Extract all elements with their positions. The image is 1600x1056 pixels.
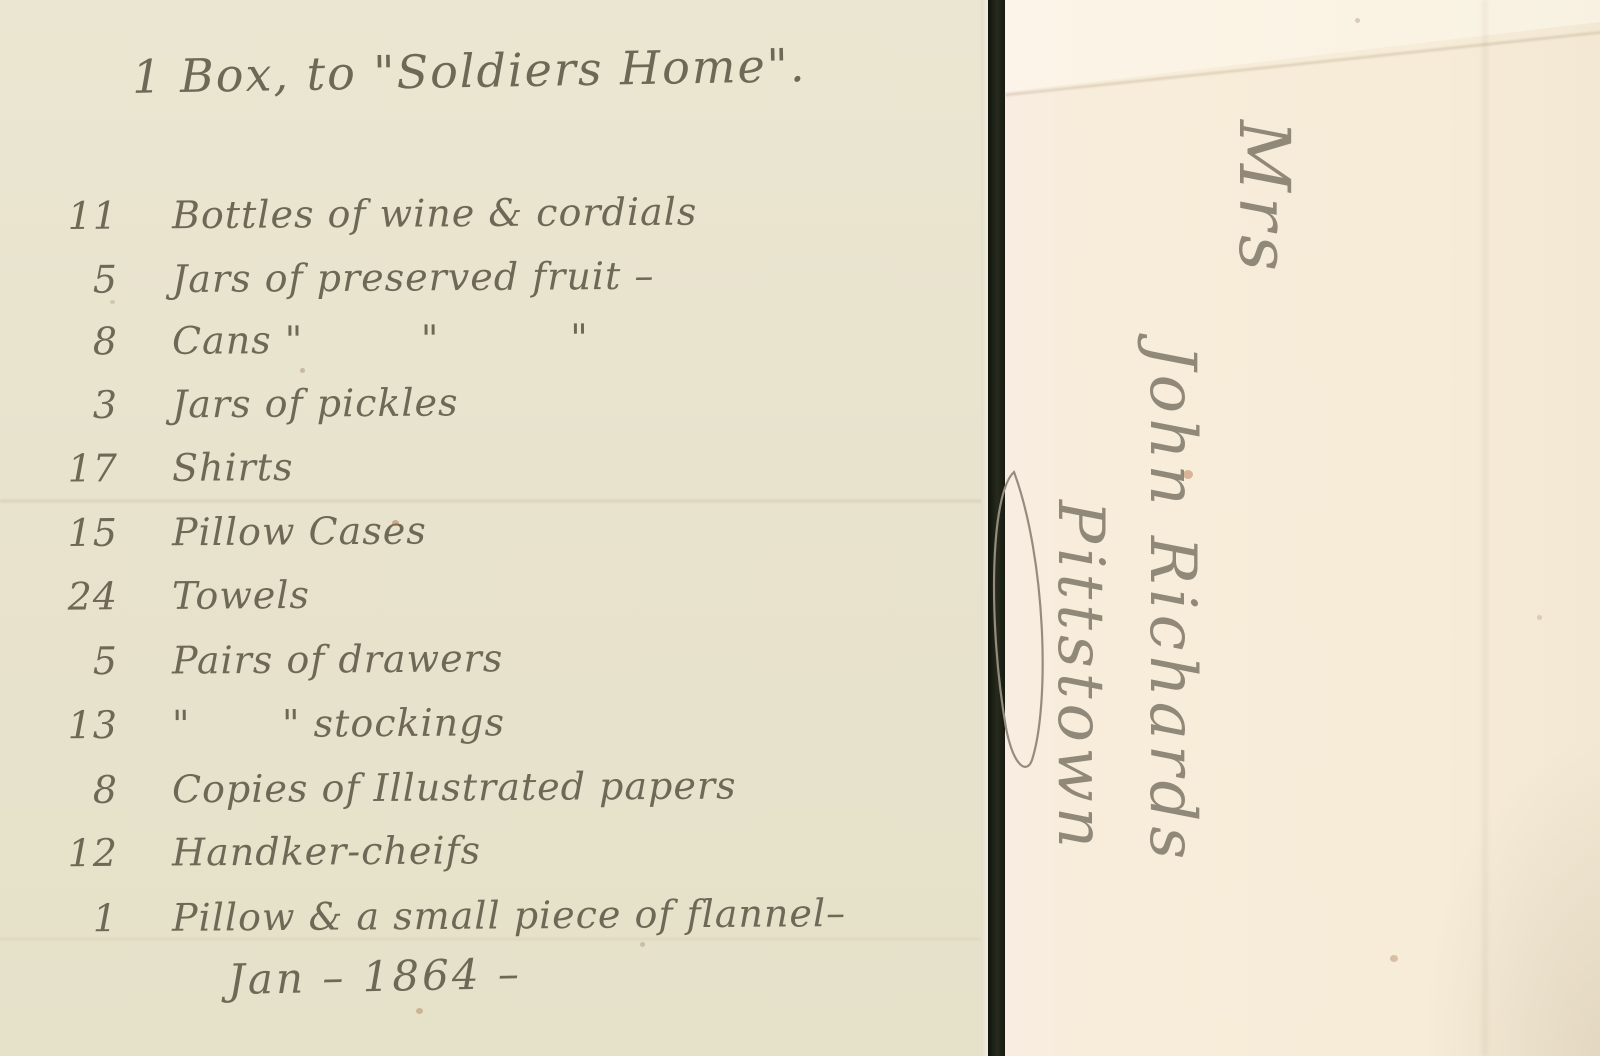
item-quantity: 15 [0,511,118,556]
item-quantity: 11 [0,194,118,239]
list-item: 13 " " stockings [0,700,505,748]
list-item: 8 Copies of Illustrated papers [0,763,737,812]
list-item: 17 Shirts [0,445,294,491]
item-label: Jars of pickles [172,380,459,426]
list-item: 8 Cans " " " [0,316,589,364]
item-label: Shirts [172,445,294,490]
item-quantity: 5 [0,257,118,302]
pen-flourish [980,464,1052,784]
item-quantity: 1 [0,896,118,941]
list-item: 3 Jars of pickles [0,380,459,427]
list-item: 1 Pillow & a small piece of flannel– [0,891,846,941]
foxing-spot [640,942,645,947]
list-item: 5 Pairs of drawers [0,636,503,684]
item-label: Pairs of drawers [172,636,504,682]
item-quantity: 12 [0,831,118,876]
foxing-spot [1390,955,1398,962]
item-quantity: 8 [0,319,118,364]
list-item: 12 Handker-cheifs [0,828,481,875]
address-line-mrs: Mrs [1218,92,1310,1012]
item-quantity: 17 [0,446,118,491]
document-title: 1 Box, to "Soldiers Home". [132,38,807,104]
foxing-spot [1183,470,1193,479]
list-page-paper: 1 Box, to "Soldiers Home". 11 Bottles of… [0,0,988,1056]
foxing-spot [110,300,115,304]
list-item: 11 Bottles of wine & cordials [0,190,697,239]
foxing-spot [1355,18,1360,23]
item-label: Jars of preserved fruit – [172,254,655,301]
item-label: Towels [172,573,310,618]
foxing-spot [416,1008,423,1014]
foxing-spot [300,368,305,373]
item-quantity: 5 [0,639,118,684]
address-line-name: John Richards [1126,92,1218,1012]
list-item: 5 Jars of preserved fruit – [0,254,655,303]
list-item: 15 Pillow Cases [0,509,427,556]
corner-shading [1420,736,1600,1056]
foxing-spot [1537,615,1542,620]
address-page-paper: Mrs John Richards Pittstown [1005,0,1600,1056]
rotated-address-block: Mrs John Richards Pittstown [1010,92,1310,1012]
item-label: " " stockings [172,700,505,746]
item-label: Bottles of wine & cordials [172,190,698,238]
list-item: 24 Towels [0,573,310,619]
item-quantity: 13 [0,703,118,748]
item-quantity: 24 [0,574,118,619]
item-label: Pillow & a small piece of flannel– [172,891,846,940]
item-label: Cans " " " [172,316,589,363]
item-quantity: 3 [0,383,118,428]
horizontal-fold-crease [0,500,988,502]
item-quantity: 8 [0,768,118,813]
item-label: Handker-cheifs [172,828,481,874]
foxing-spot [392,520,399,526]
item-label: Copies of Illustrated papers [172,763,737,811]
date-line: Jan – 1864 – [228,949,523,1004]
item-label: Pillow Cases [172,509,427,555]
